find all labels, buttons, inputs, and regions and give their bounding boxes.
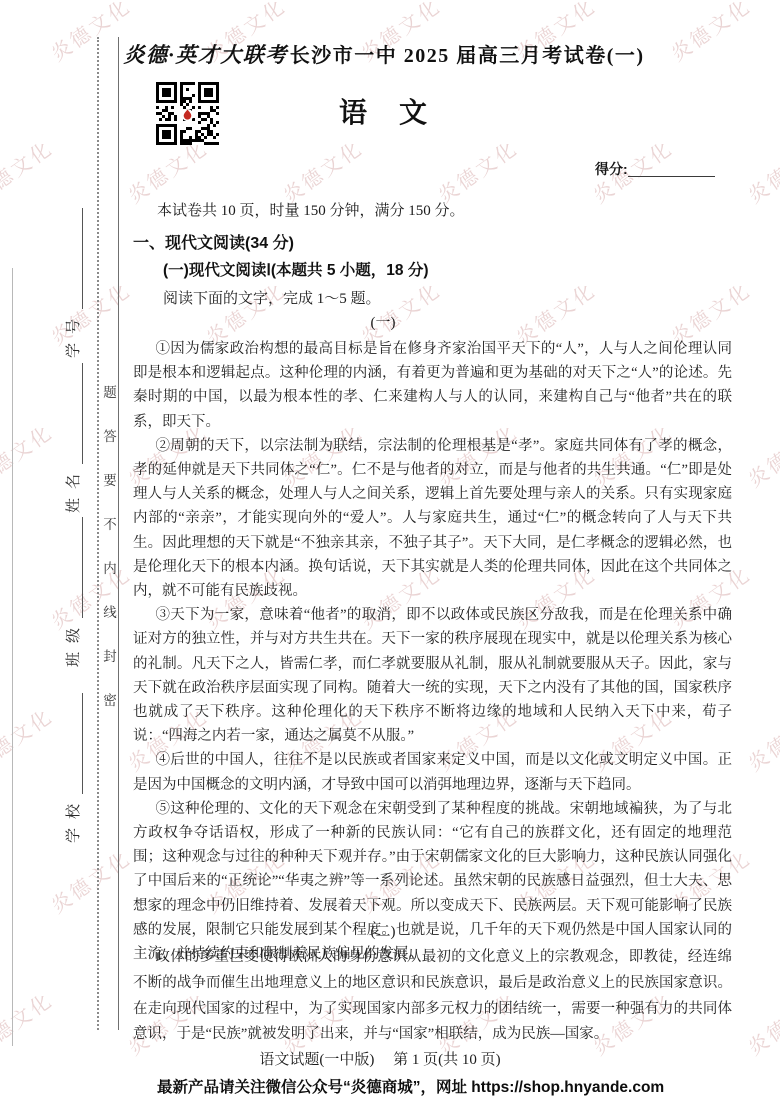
- page-footer: 语文试题(一中版) 第 1 页(共 10 页): [0, 1048, 770, 1069]
- watermark-text: 炎德文化: [431, 132, 523, 209]
- field-label: 姓名: [65, 465, 83, 513]
- reading-instruction: 阅读下面的文字，完成 1～5 题。: [163, 287, 381, 308]
- fill-line: [65, 363, 83, 464]
- passage1: ①因为儒家政治构想的最高目标是旨在修身齐家治国平天下的“人”，人与人之间伦理认同…: [133, 337, 732, 966]
- watermark-text: 炎德文化: [741, 416, 780, 493]
- passage2-label: (二): [0, 920, 773, 941]
- watermark-text: 炎德文化: [741, 132, 780, 209]
- promo-line: 最新产品请关注微信公众号“炎德商城”，网址 https://shop.hnyan…: [157, 1075, 664, 1097]
- seal-char: 封: [103, 645, 117, 665]
- seal-char: 不: [103, 513, 117, 533]
- seal-char: 线: [103, 601, 117, 621]
- seal-char: 题: [103, 381, 117, 401]
- seal-char: 内: [103, 557, 117, 577]
- exam-instructions: 本试卷共 10 页，时量 150 分钟，满分 150 分。: [157, 199, 465, 220]
- seal-dotted-line: [97, 37, 99, 1030]
- class-field: 班级: [65, 517, 83, 667]
- seal-char: 密: [103, 689, 117, 709]
- watermark-text: 炎德文化: [276, 132, 368, 209]
- watermark-text: 炎德文化: [0, 132, 58, 209]
- seal-char: 答: [103, 425, 117, 445]
- field-label: 班级: [65, 619, 83, 667]
- watermark-text: 炎德文化: [0, 700, 58, 777]
- paragraph: ②周朝的天下，以宗法制为联结，宗法制的伦理根基是“孝”。家庭共同体有了孝的概念，…: [133, 434, 732, 603]
- score-fill-line: [628, 162, 715, 177]
- subject-title: 语 文: [0, 91, 768, 131]
- student-name-field: 姓名: [65, 363, 83, 513]
- watermark-text: 炎德文化: [741, 700, 780, 777]
- seal-warning-text: 题 答 要 不 内 线 封 密: [102, 381, 118, 709]
- watermark-text: 炎德文化: [0, 416, 58, 493]
- score-label: 得分:: [595, 161, 628, 177]
- exam-title-rest: 长沙市一中 2025 届高三月考试卷(一): [290, 45, 645, 67]
- exam-brand: 炎德·英才大联考: [123, 43, 287, 67]
- section-heading: 一、现代文阅读(34 分): [133, 230, 294, 253]
- watermark-text: 炎德文化: [44, 842, 136, 919]
- seal-solid-line: [118, 37, 119, 1030]
- exam-title: 炎德·英才大联考长沙市一中 2025 届高三月考试卷(一): [0, 39, 768, 69]
- fill-line: [65, 517, 83, 618]
- fill-line: [65, 208, 83, 309]
- seal-char: 要: [103, 469, 117, 489]
- field-label: 学校: [65, 795, 83, 843]
- watermark-text: 炎德文化: [44, 558, 136, 635]
- subsection-heading: (一)现代文阅读Ⅰ(本题共 5 小题，18 分): [163, 258, 429, 280]
- exam-page: 炎德文化炎德文化炎德文化炎德文化炎德文化炎德文化炎德文化炎德文化炎德文化炎德文化…: [0, 0, 780, 1104]
- score-field: 得分:: [595, 159, 715, 179]
- paragraph: ①因为儒家政治构想的最高目标是旨在修身齐家治国平天下的“人”，人与人之间伦理认同…: [133, 337, 732, 434]
- paragraph: 政体的多重巨变使得欧洲人的身份意识从最初的文化意义上的宗教观念，即教徒，经连绵不…: [133, 945, 732, 1048]
- passage1-label: (一): [0, 311, 773, 332]
- paragraph: ④后世的中国人，往往不是以民族或者国家来定义中国，而是以文化或文明定义中国。正是…: [133, 748, 732, 796]
- school-field: 学校: [65, 693, 83, 843]
- passage2: 政体的多重巨变使得欧洲人的身份意识从最初的文化意义上的宗教观念，即教徒，经连绵不…: [133, 945, 732, 1048]
- paragraph: ③天下为一家，意味着“他者”的取消，即不以政体或民族区分敌我，而是在伦理关系中确…: [133, 603, 732, 748]
- student-number-field: 学号: [65, 208, 83, 358]
- fill-line: [65, 693, 83, 794]
